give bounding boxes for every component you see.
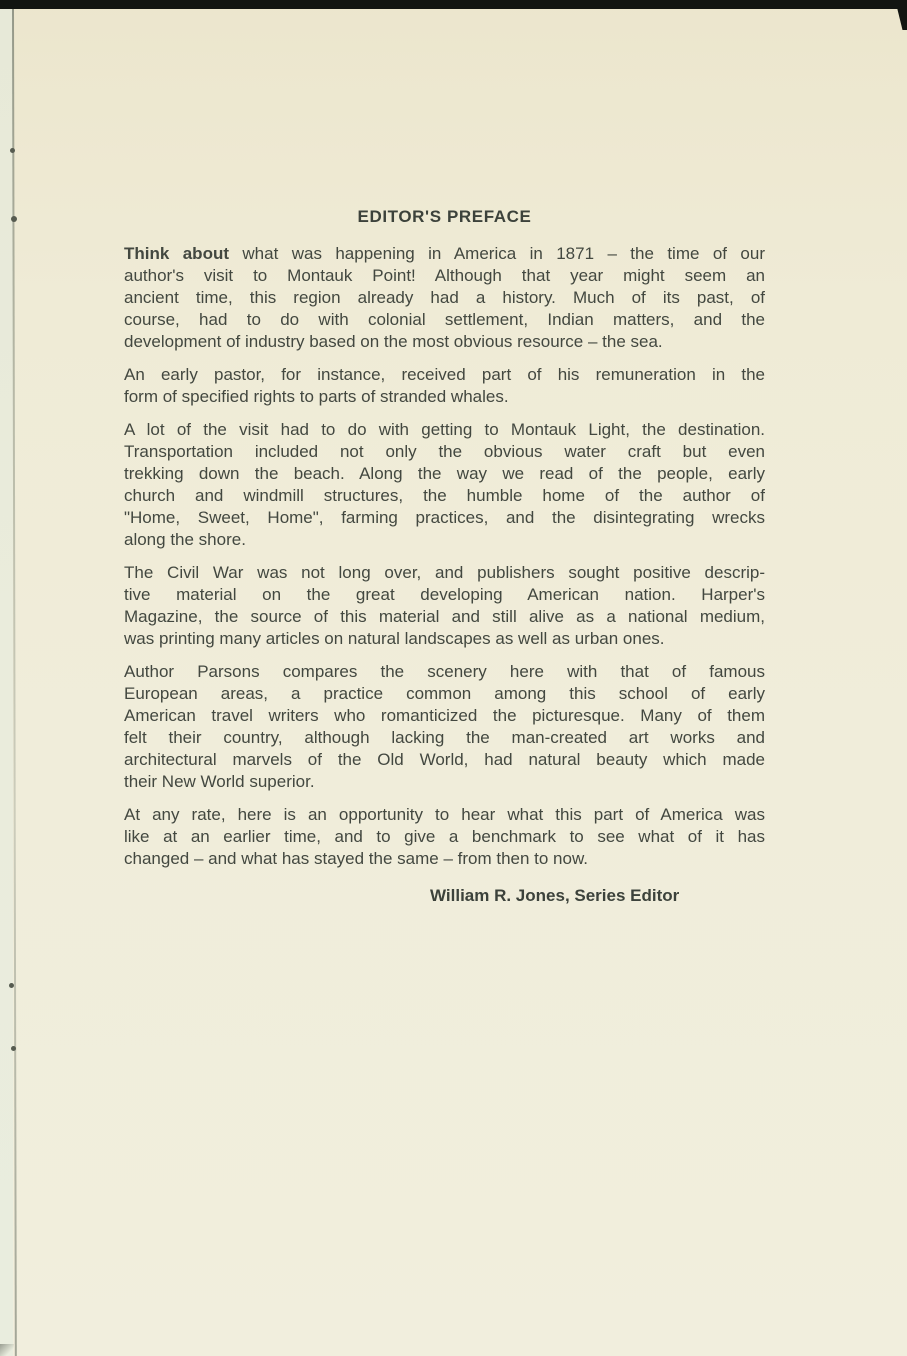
paragraph: The Civil War was not long over, and pub… xyxy=(124,562,765,650)
paragraph-line: Author Parsons compares the scenery here… xyxy=(124,661,765,683)
paragraph-line: ancient time, this region already had a … xyxy=(124,287,765,309)
paragraph-line: author's visit to Montauk Point! Althoug… xyxy=(124,265,765,287)
paragraph-line: was printing many articles on natural la… xyxy=(124,628,765,650)
scan-top-edge xyxy=(0,0,907,9)
paragraph-line: changed – and what has stayed the same –… xyxy=(124,848,765,870)
paragraph-line: course, had to do with colonial settleme… xyxy=(124,309,765,331)
paragraph-line: form of specified rights to parts of str… xyxy=(124,386,765,408)
paragraph-line: trekking down the beach. Along the way w… xyxy=(124,463,765,485)
paragraph-line: architectural marvels of the Old World, … xyxy=(124,749,765,771)
paragraph: At any rate, here is an opportunity to h… xyxy=(124,804,765,870)
scan-artifact-dot xyxy=(11,1046,16,1051)
bold-lead-text: Think about xyxy=(124,244,229,263)
scan-artifact-mark xyxy=(0,1344,14,1356)
paragraph-line: Think about what was happening in Americ… xyxy=(124,243,765,265)
preface-title: EDITOR'S PREFACE xyxy=(124,206,765,228)
paragraph-line: their New World superior. xyxy=(124,771,765,793)
paragraph: Author Parsons compares the scenery here… xyxy=(124,661,765,793)
paragraph-line: The Civil War was not long over, and pub… xyxy=(124,562,765,584)
paragraph-line: felt their country, although lacking the… xyxy=(124,727,765,749)
paragraph-line: At any rate, here is an opportunity to h… xyxy=(124,804,765,826)
paragraph-line: European areas, a practice common among … xyxy=(124,683,765,705)
page-gutter-edge xyxy=(0,9,13,1356)
paragraph-line: church and windmill structures, the humb… xyxy=(124,485,765,507)
paragraph: Think about what was happening in Americ… xyxy=(124,243,765,353)
preface-content: EDITOR'S PREFACE Think about what was ha… xyxy=(124,206,765,907)
paragraph-line: American travel writers who romanticized… xyxy=(124,705,765,727)
paragraph-line: tive material on the great developing Am… xyxy=(124,584,765,606)
paragraph-line: along the shore. xyxy=(124,529,765,551)
scan-artifact-dot xyxy=(11,216,17,222)
paragraph-line: A lot of the visit had to do with gettin… xyxy=(124,419,765,441)
preface-paragraphs: Think about what was happening in Americ… xyxy=(124,243,765,870)
paragraph-line: Magazine, the source of this material an… xyxy=(124,606,765,628)
paragraph-line: like at an earlier time, and to give a b… xyxy=(124,826,765,848)
paragraph-line: Transportation included not only the obv… xyxy=(124,441,765,463)
series-editor-signature: William R. Jones, Series Editor xyxy=(430,885,765,907)
paragraph: An early pastor, for instance, received … xyxy=(124,364,765,408)
scan-artifact-dot xyxy=(9,983,14,988)
paragraph-line: development of industry based on the mos… xyxy=(124,331,765,353)
scan-artifact-dot xyxy=(10,148,15,153)
paragraph: A lot of the visit had to do with gettin… xyxy=(124,419,765,551)
scanned-book-page: EDITOR'S PREFACE Think about what was ha… xyxy=(0,0,907,1356)
paragraph-line: An early pastor, for instance, received … xyxy=(124,364,765,386)
scan-corner-notch xyxy=(897,0,907,30)
paragraph-line: "Home, Sweet, Home", farming practices, … xyxy=(124,507,765,529)
